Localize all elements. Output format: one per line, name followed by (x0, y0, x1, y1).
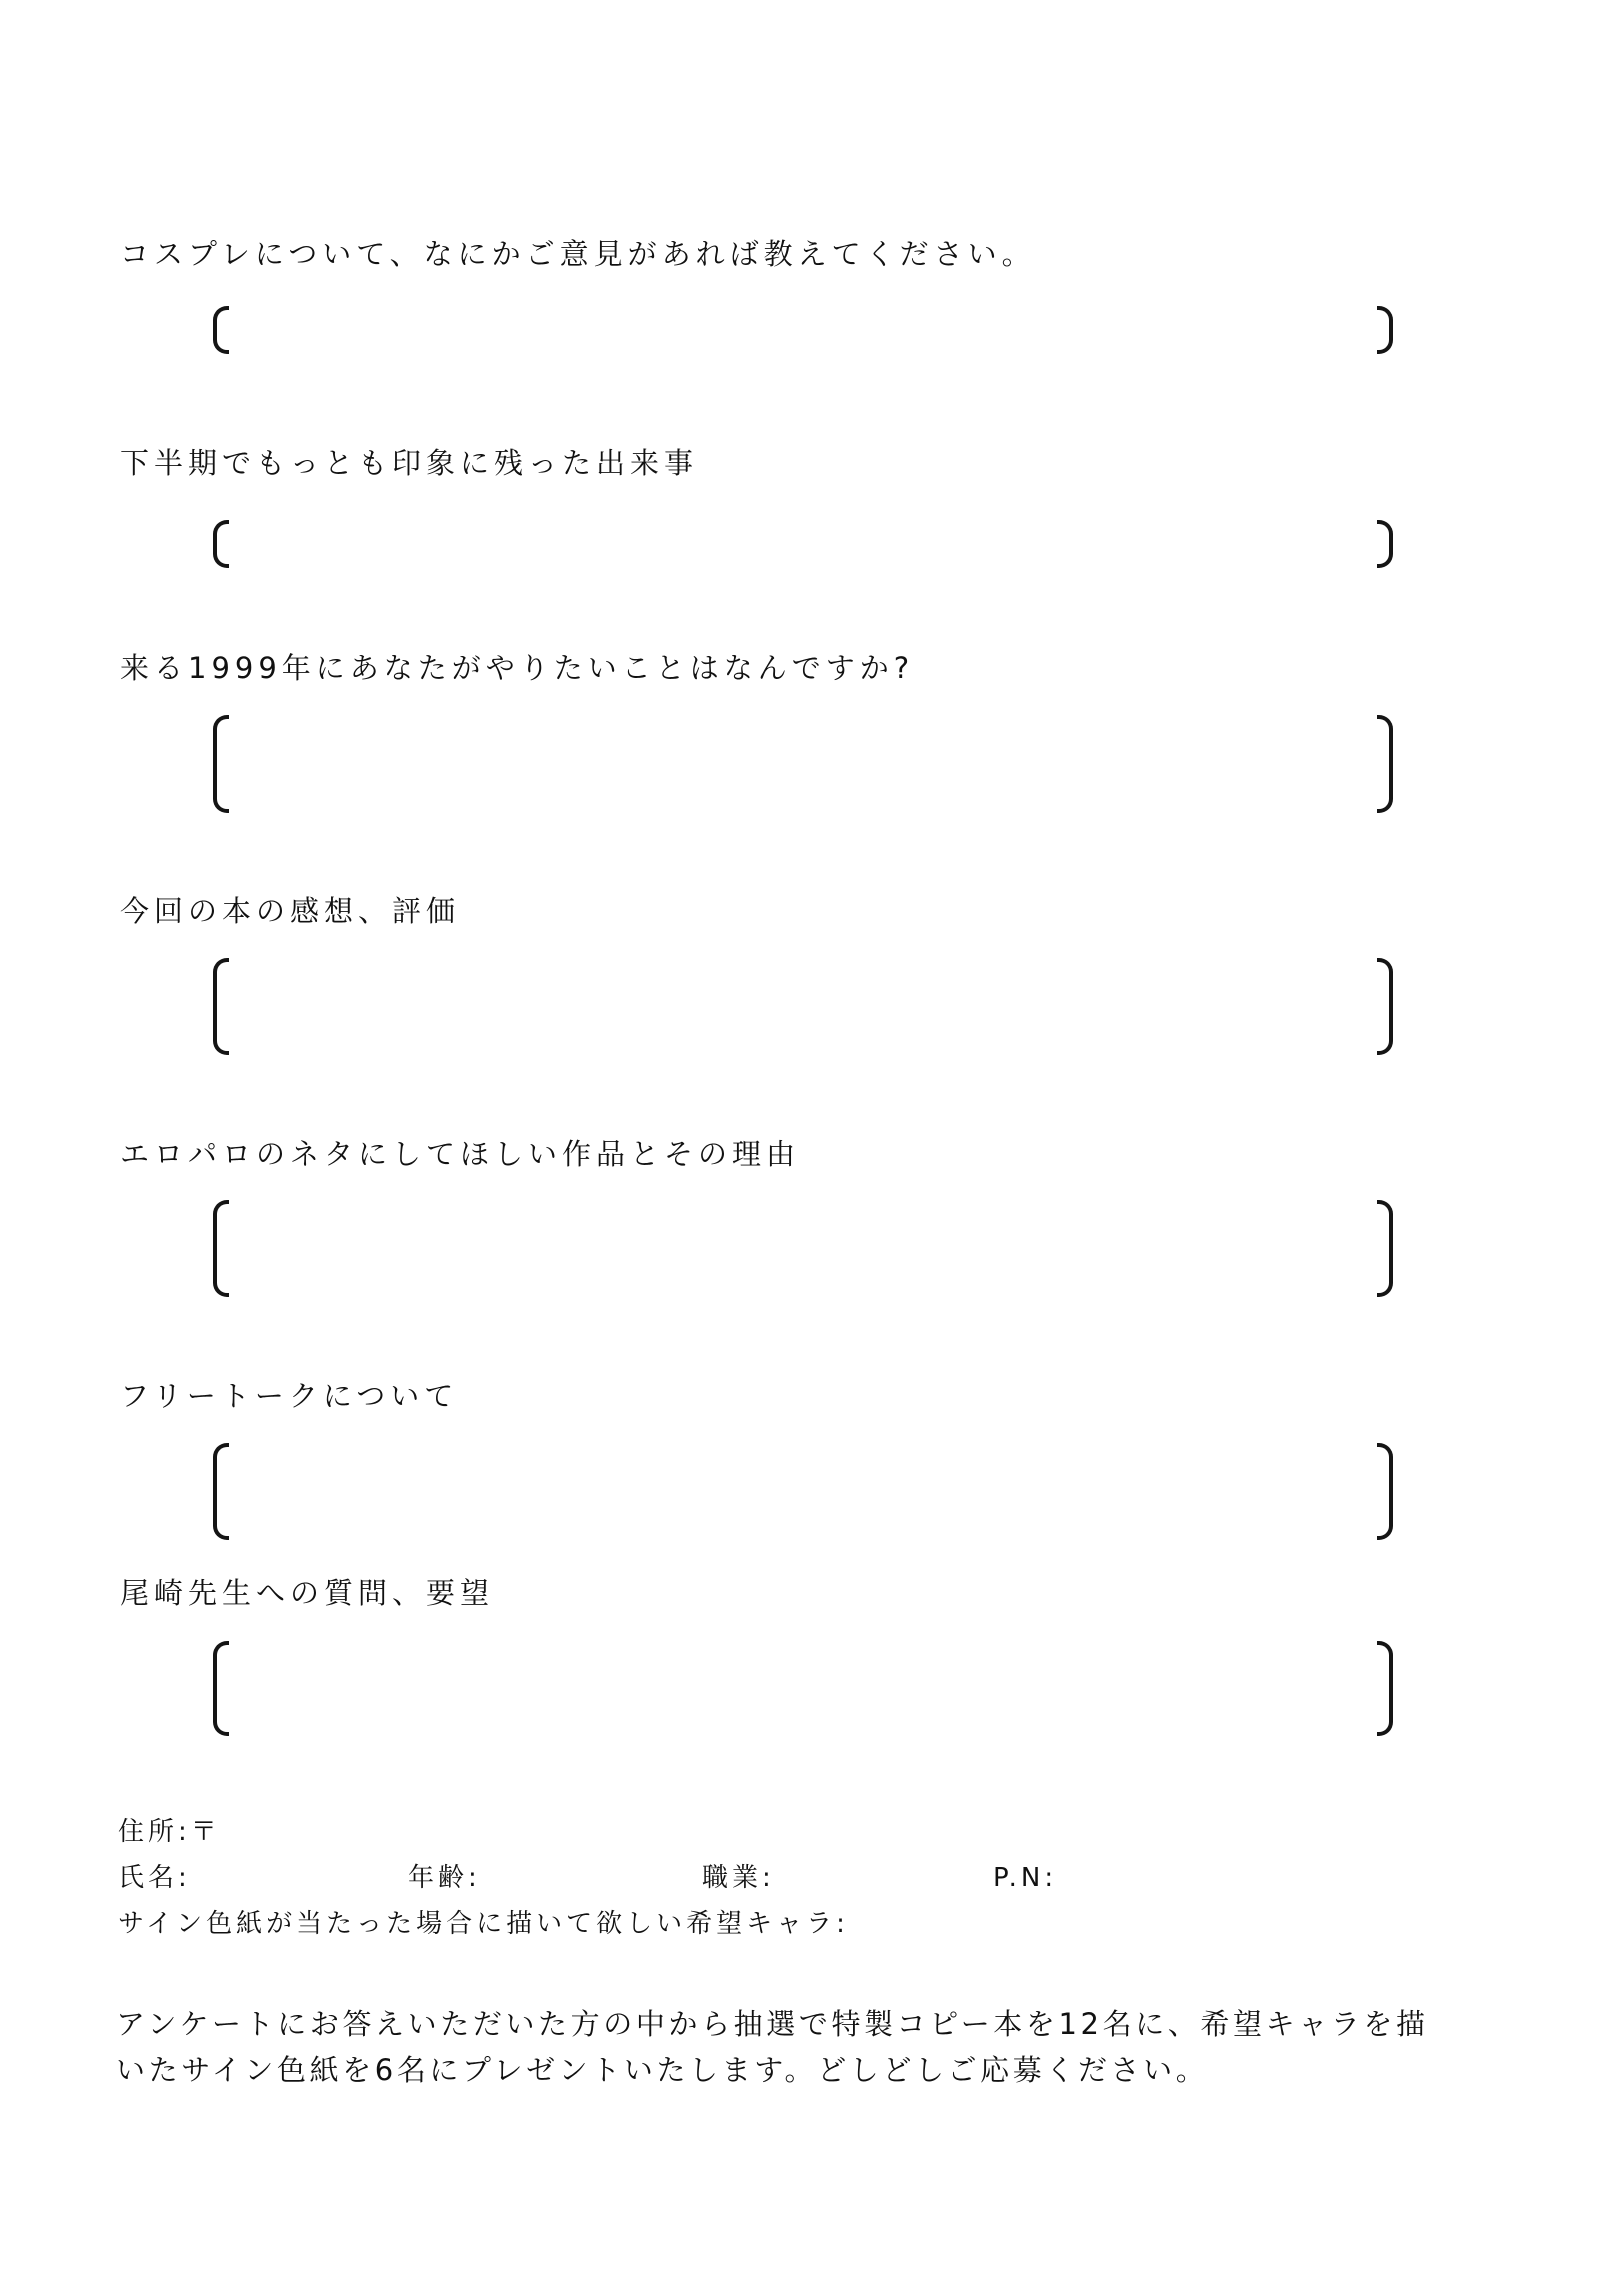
answer-field-1999-plans[interactable] (213, 715, 1393, 813)
question-author-questions: 尾崎先生への質問、要望 (120, 1575, 494, 1611)
answer-field-parody-request[interactable] (213, 1200, 1393, 1297)
right-bracket (1377, 306, 1393, 354)
left-bracket (213, 958, 229, 1055)
left-bracket (213, 1200, 229, 1297)
answer-field-author-questions[interactable] (213, 1641, 1393, 1736)
pen-name-label: P.N: (993, 1862, 1057, 1894)
right-bracket (1377, 1200, 1393, 1297)
notice-line-2: いたサイン色紙を6名にプレゼントいたします。どしどしご応募ください。 (116, 2048, 1208, 2092)
answer-field-book-impressions[interactable] (213, 958, 1393, 1055)
question-cosplay-opinion: コスプレについて、なにかご意見があれば教えてください。 (120, 236, 1036, 272)
question-book-impressions: 今回の本の感想、評価 (120, 893, 460, 929)
left-bracket (213, 306, 229, 354)
requested-character-label: サイン色紙が当たった場合に描いて欲しい希望キャラ: (118, 1908, 849, 1940)
answer-field-cosplay-opinion[interactable] (213, 306, 1393, 354)
notice-line-1: アンケートにお答えいただいた方の中から抽選で特製コピー本を12名に、希望キャラを… (116, 2002, 1429, 2046)
age-label: 年齢: (408, 1862, 481, 1894)
right-bracket (1377, 1641, 1393, 1736)
question-memorable-event: 下半期でもっとも印象に残った出来事 (120, 445, 698, 481)
right-bracket (1377, 715, 1393, 813)
address-label: 住所:〒 (118, 1816, 221, 1848)
answer-field-free-talk[interactable] (213, 1443, 1393, 1540)
name-label: 氏名: (118, 1862, 191, 1894)
left-bracket (213, 715, 229, 813)
question-parody-request: エロパロのネタにしてほしい作品とその理由 (120, 1136, 800, 1172)
left-bracket (213, 520, 229, 568)
right-bracket (1377, 958, 1393, 1055)
right-bracket (1377, 520, 1393, 568)
occupation-label: 職業: (702, 1862, 775, 1894)
question-1999-plans: 来る1999年にあなたがやりたいことはなんですか? (120, 650, 914, 686)
answer-field-memorable-event[interactable] (213, 520, 1393, 568)
left-bracket (213, 1443, 229, 1540)
right-bracket (1377, 1443, 1393, 1540)
left-bracket (213, 1641, 229, 1736)
question-free-talk: フリートークについて (120, 1378, 458, 1414)
